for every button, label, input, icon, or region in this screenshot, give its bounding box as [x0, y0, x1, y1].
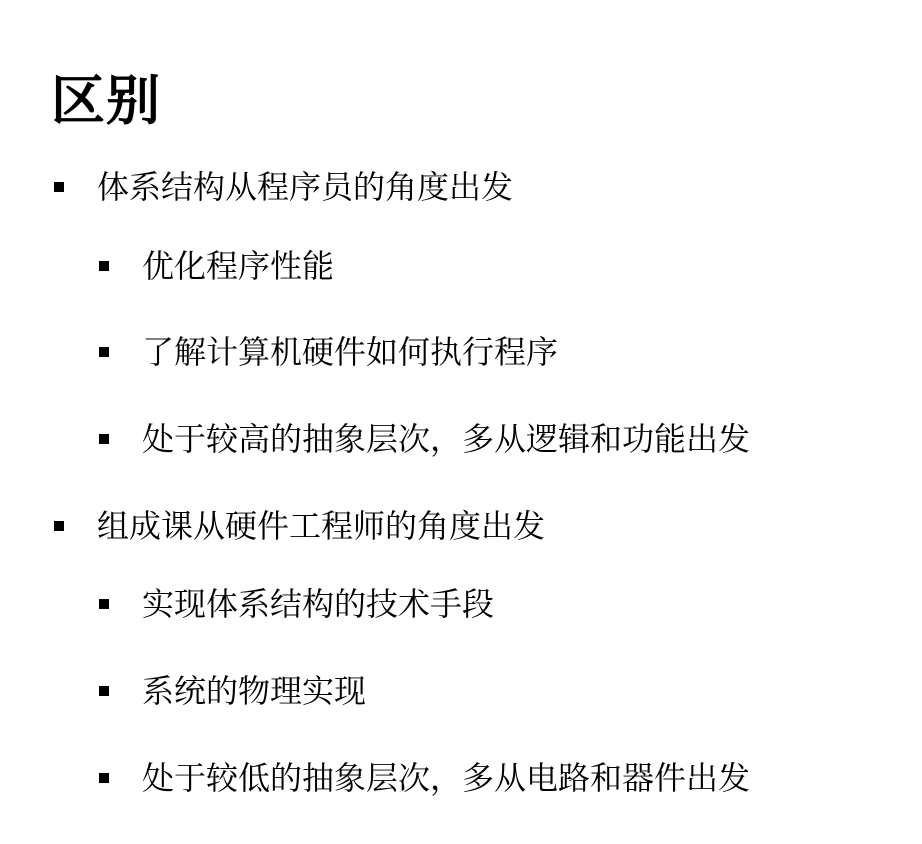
sub-bullet-item: 了解计算机硬件如何执行程序 — [99, 332, 558, 372]
square-bullet-icon — [99, 434, 109, 444]
bullet-text: 处于较高的抽象层次，多从逻辑和功能出发 — [142, 419, 750, 459]
bullet-text: 实现体系结构的技术手段 — [142, 584, 494, 624]
sub-bullet-item: 处于较高的抽象层次，多从逻辑和功能出发 — [99, 419, 750, 459]
square-bullet-icon — [54, 521, 64, 531]
bullet-text: 组成课从硬件工程师的角度出发 — [97, 506, 545, 546]
bullet-text: 体系结构从程序员的角度出发 — [97, 167, 513, 207]
bullet-text: 了解计算机硬件如何执行程序 — [142, 332, 558, 372]
sub-bullet-item: 系统的物理实现 — [99, 671, 366, 711]
bullet-text: 处于较低的抽象层次，多从电路和器件出发 — [142, 758, 750, 798]
bullet-text: 优化程序性能 — [142, 246, 334, 286]
square-bullet-icon — [54, 182, 64, 192]
bullet-item-organization-perspective: 组成课从硬件工程师的角度出发 — [54, 506, 545, 546]
sub-bullet-item: 处于较低的抽象层次，多从电路和器件出发 — [99, 758, 750, 798]
sub-bullet-item: 优化程序性能 — [99, 246, 334, 286]
bullet-item-architecture-perspective: 体系结构从程序员的角度出发 — [54, 167, 513, 207]
square-bullet-icon — [99, 686, 109, 696]
square-bullet-icon — [99, 599, 109, 609]
square-bullet-icon — [99, 773, 109, 783]
sub-bullet-item: 实现体系结构的技术手段 — [99, 584, 494, 624]
square-bullet-icon — [99, 261, 109, 271]
bullet-text: 系统的物理实现 — [142, 671, 366, 711]
square-bullet-icon — [99, 347, 109, 357]
bullet-list: 体系结构从程序员的角度出发 优化程序性能 了解计算机硬件如何执行程序 处于较高的… — [0, 0, 922, 844]
